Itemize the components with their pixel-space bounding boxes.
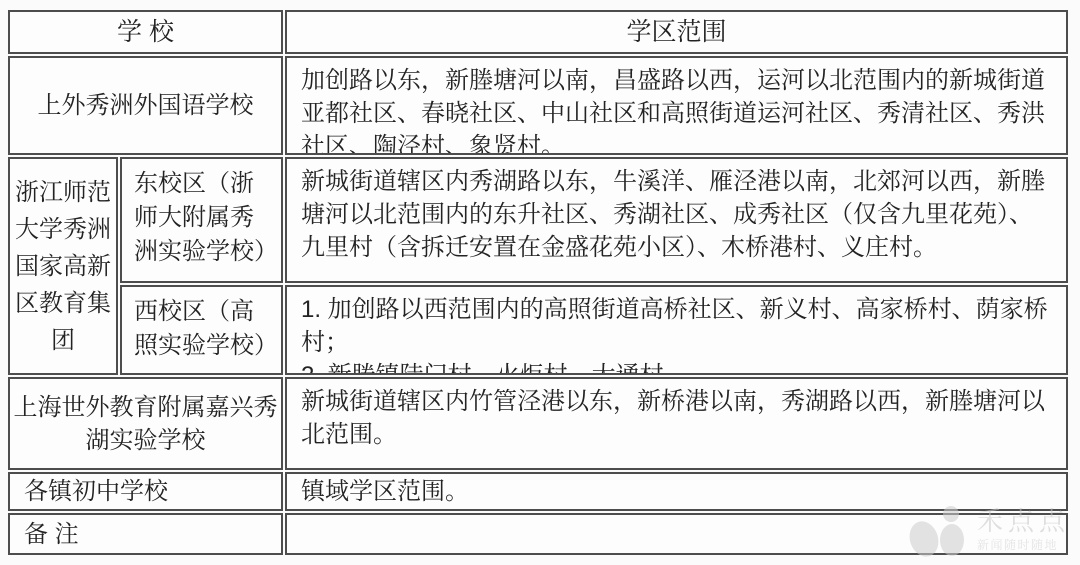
school-name-cell-swxz: 上外秀洲外国语学校 [8, 56, 283, 155]
school-district-table: 学 校 学区范围 上外秀洲外国语学校 加创路以东，新塍塘河以南，昌盛路以西，运河… [8, 10, 1068, 555]
district-range-cell-towns: 镇域学区范围。 [285, 472, 1068, 511]
school-name-cell-towns: 各镇初中学校 [8, 472, 283, 511]
campus-cell-east: 东校区（浙师大附属秀洲实验学校） [120, 157, 283, 283]
district-range-cell-west: 1. 加创路以西范围内的高照街道高桥社区、新义村、高家桥村、荫家桥村； 2. 新… [285, 285, 1068, 375]
west-range-item-2: 2. 新塍镇陡门村、火炬村、大通村。 [301, 359, 1052, 375]
district-range-cell-swxz: 加创路以东，新塍塘河以南，昌盛路以西，运河以北范围内的新城街道亚都社区、春晓社区… [285, 56, 1068, 155]
remarks-value-cell [285, 513, 1068, 555]
district-range-cell-shsw: 新城街道辖区内竹管泾港以东，新桥港以南，秀湖路以西，新塍塘河以北范围。 [285, 377, 1068, 470]
header-range-cell: 学区范围 [285, 10, 1068, 54]
school-group-cell-zjnu: 浙江师范大学秀洲国家高新区教育集团 [8, 157, 118, 375]
campus-cell-west: 西校区（高照实验学校） [120, 285, 283, 375]
west-range-item-1: 1. 加创路以西范围内的高照街道高桥社区、新义村、高家桥村、荫家桥村； [301, 293, 1052, 359]
remarks-label-cell: 备 注 [8, 513, 283, 555]
school-name-cell-shsw: 上海世外教育附属嘉兴秀湖实验学校 [8, 377, 283, 470]
district-range-cell-east: 新城街道辖区内秀湖路以东，牛溪洋、雁泾港以南，北郊河以西，新塍塘河以北范围内的东… [285, 157, 1068, 283]
header-school-cell: 学 校 [8, 10, 283, 54]
